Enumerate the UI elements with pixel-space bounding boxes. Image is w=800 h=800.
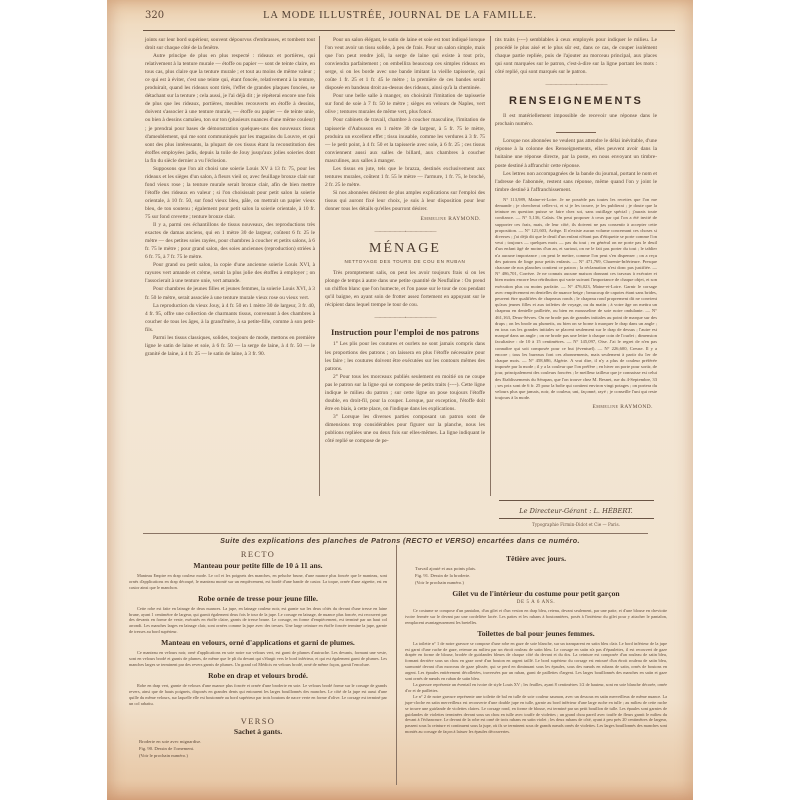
- patterns-left-column: RECTO Manteau pour petite fille de 10 à …: [129, 551, 387, 759]
- director-line: Le Directeur-Gérant : L. HÉBERT.: [495, 507, 657, 515]
- director-rule-top: [499, 500, 654, 501]
- verso-label: VERSO: [129, 719, 387, 725]
- item-title: Robe en drap et velours brodé.: [129, 671, 387, 681]
- journal-title: LA MODE ILLUSTRÉE, JOURNAL DE LA FAMILLE…: [107, 10, 693, 21]
- item-line: Fig. 91. Dessin de la broderie.: [415, 573, 667, 579]
- paragraph: Lorsque nos abonnées ne veulent pas atte…: [495, 137, 657, 169]
- ornament-divider: ——————·——————: [325, 314, 485, 322]
- paragraph: Si nos abonnées désirent de plus amples …: [325, 189, 485, 213]
- section-subtitle: NETTOYAGE DES TOURS DE COU EN RUBAN: [325, 258, 485, 266]
- patterns-right-column: Têtière avec jours. Travail ajouté et au…: [405, 551, 667, 735]
- director-rule-bottom: [499, 518, 654, 519]
- item-line: Fig. 90. Dessin de l'ornement.: [139, 746, 387, 752]
- paragraph: joints sur leur bord supérieur, souvent …: [145, 36, 315, 52]
- recto-label: RECTO: [129, 552, 387, 558]
- paragraph: Il y a, parmi ces échantillons de tissus…: [145, 221, 315, 261]
- paragraph: Les lettres non accompagnées de la bande…: [495, 170, 657, 194]
- paragraph: 3° Lorsque les diverses parties composan…: [325, 413, 485, 445]
- section-title-menage: MÉNAGE: [325, 241, 485, 257]
- item-title: Robe ornée de tresse pour jeune fille.: [129, 594, 387, 604]
- item-title: Sachet à gants.: [129, 727, 387, 737]
- column-divider: [396, 545, 397, 785]
- column-2: Pour un salon élégant, le satin de laine…: [325, 36, 485, 496]
- item-title: Gilet vu de l'intérieur du costume pour …: [405, 589, 667, 599]
- paragraph: Très promptement salis, on peut les avoi…: [325, 269, 485, 309]
- paragraph: Les tissus en jute, tels que le brazza, …: [325, 165, 485, 189]
- column-divider: [319, 36, 320, 496]
- page-header: 320 LA MODE ILLUSTRÉE, JOURNAL DE LA FAM…: [107, 10, 693, 32]
- header-rule: [143, 30, 675, 31]
- paragraph: Parmi les tissus classiques, solides, to…: [145, 334, 315, 358]
- item-line: Broderie en soie avec mignardise.: [139, 739, 387, 745]
- paragraph: 1° Les plis pour les coutures et ourlets…: [325, 340, 485, 372]
- paragraph: tits traits (----) semblables à ceux emp…: [495, 36, 657, 76]
- notice: Il est matériellement impossible de rece…: [495, 112, 657, 128]
- short-rule: [556, 132, 596, 133]
- newspaper-page: 320 LA MODE ILLUSTRÉE, JOURNAL DE LA FAM…: [107, 0, 693, 800]
- item-text: Ce manteau en velours noir, orné d'appli…: [129, 650, 387, 668]
- column-1: joints sur leur bord supérieur, souvent …: [145, 36, 315, 496]
- paragraph: N° 113,989, Maine-et-Loire. Je ne possèd…: [495, 197, 657, 402]
- item-title: Manteau en velours, orné d'applications …: [129, 638, 387, 648]
- item-line: Travail ajouté et aux points plats.: [415, 566, 667, 572]
- paragraph: Pour une belle salle à manger, on choisi…: [325, 92, 485, 116]
- column-divider: [490, 36, 491, 496]
- item-text: Robe en drap vert, garnie de velours d'u…: [129, 683, 387, 707]
- ornament-divider: ——————·——————: [325, 228, 485, 236]
- section-title-renseignements: RENSEIGNEMENTS: [495, 94, 657, 108]
- paragraph: Pour grand ou petit salon, la copie d'un…: [145, 261, 315, 285]
- paragraph: 2° Pour tous les morceaux publiés seulem…: [325, 373, 485, 413]
- paragraph: La reproduction du vieux Jouy, à 4 fr. 5…: [145, 302, 315, 334]
- item-subtitle: DE 5 A 6 ANS.: [405, 600, 667, 606]
- printer-line: Typographie Firmin-Didot et Cie — Paris.: [495, 522, 657, 527]
- item-text: La gravure représente un éventail en ivo…: [405, 682, 667, 694]
- item-title: Toilettes de bal pour jeunes femmes.: [405, 629, 667, 639]
- item-text: Ce costume se compose d'un pantalon, d'u…: [405, 608, 667, 626]
- ornament-divider: ——————·——————: [495, 81, 657, 89]
- paragraph: Autre principe de plus en plus respecté …: [145, 52, 315, 165]
- item-text: Le n° 2 de notre gravure représente une …: [405, 694, 667, 735]
- signature: Emmeline RAYMOND.: [325, 215, 481, 223]
- item-line: (Voir le prochain numéro.): [415, 580, 667, 586]
- paragraph: Supposons que l'on ait choisi une soieri…: [145, 165, 315, 221]
- section-separator: [143, 533, 648, 534]
- paragraph: Pour cabinets de travail, chambre à couc…: [325, 116, 485, 164]
- section-title-instruction: Instruction pour l'emploi de nos patrons: [325, 327, 485, 337]
- paragraph: Pour chambres de jeunes filles et jeunes…: [145, 285, 315, 301]
- paragraph: Pour un salon élégant, le satin de laine…: [325, 36, 485, 92]
- item-text: Manteau Empire en drap couleur mode. Le …: [129, 573, 387, 591]
- item-text: La toilette n° 1 de notre gravure se com…: [405, 641, 667, 682]
- item-title: Têtière avec jours.: [405, 554, 667, 564]
- signature: Emmeline RAYMOND.: [495, 403, 653, 411]
- item-title: Manteau pour petite fille de 10 à 11 ans…: [129, 561, 387, 571]
- patterns-heading: Suite des explications des planches de P…: [107, 536, 693, 545]
- item-text: Cette robe est faite en lainage de deux …: [129, 606, 387, 636]
- column-3: tits traits (----) semblables à ceux emp…: [495, 36, 657, 496]
- item-line: (Voir le prochain numéro.): [139, 753, 387, 759]
